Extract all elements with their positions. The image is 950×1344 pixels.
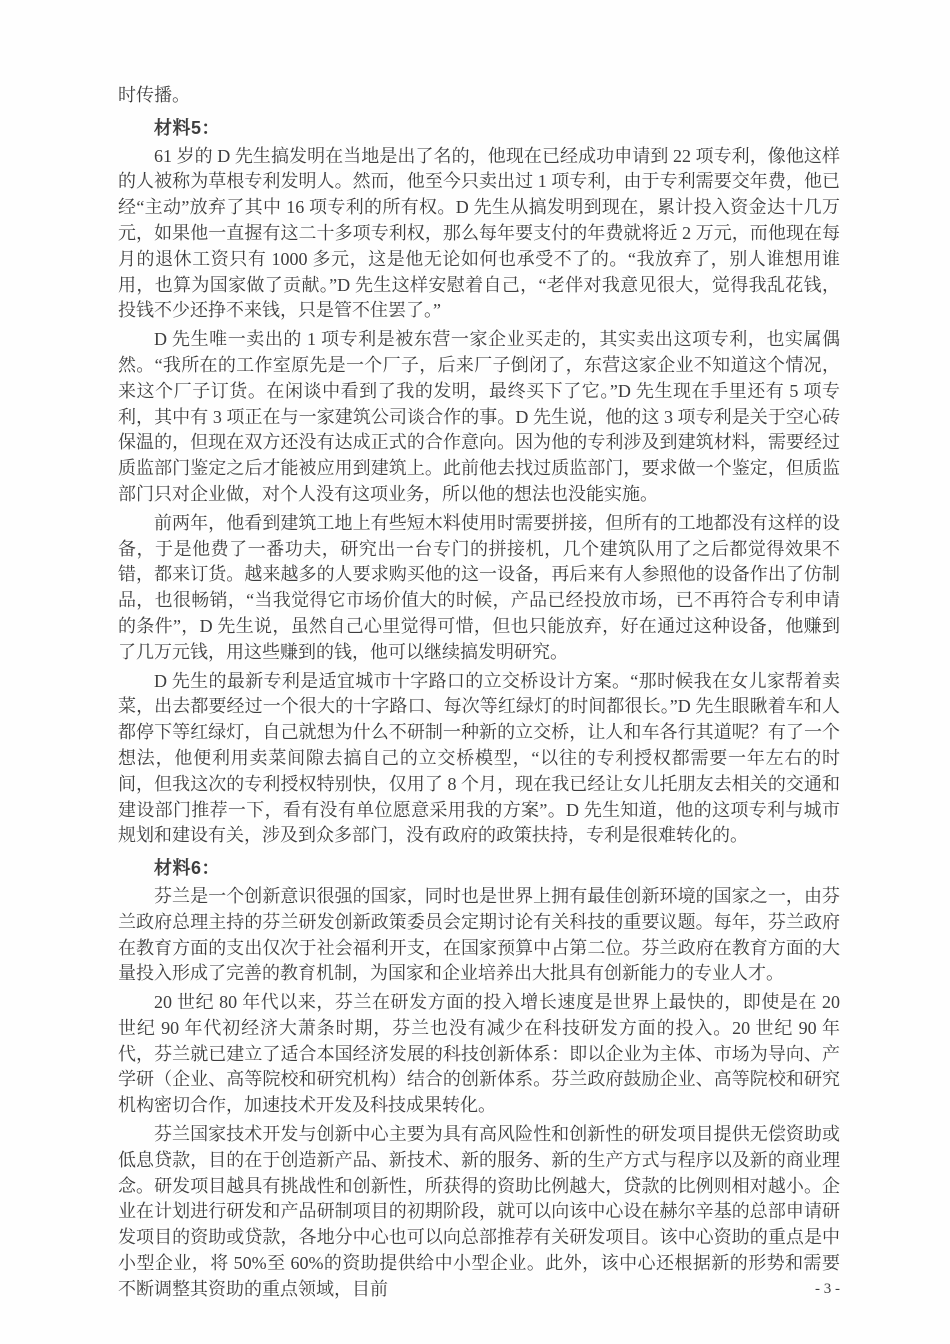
material-6-paragraph-1: 芬兰是一个创新意识很强的国家，同时也是世界上拥有最佳创新环境的国家之一，由芬兰政… — [118, 884, 840, 987]
material-5-paragraph-3: 前两年，他看到建筑工地上有些短木料使用时需要拼接，但所有的工地都没有这样的设备，… — [118, 511, 840, 666]
material-6-paragraph-3: 芬兰国家技术开发与创新中心主要为具有高风险性和创新性的研发项目提供无偿资助或低息… — [118, 1122, 840, 1303]
page-footer: - 3 - — [118, 1281, 840, 1298]
document-body: 时传播。 材料5： 61 岁的 D 先生搞发明在当地是出了名的，他现在已经成功申… — [118, 83, 840, 1303]
material-5-heading: 材料5： — [118, 116, 840, 142]
document-page: 时传播。 材料5： 61 岁的 D 先生搞发明在当地是出了名的，他现在已经成功申… — [0, 0, 950, 1344]
material-5-paragraph-2: D 先生唯一卖出的 1 项专利是被东营一家企业买走的，其实卖出这项专利，也实属偶… — [118, 327, 840, 508]
carryover-paragraph: 时传播。 — [118, 83, 840, 109]
material-5-paragraph-4: D 先生的最新专利是适宜城市十字路口的立交桥设计方案。“那时候我在女儿家帮着卖菜… — [118, 669, 840, 850]
page-number: - 3 - — [815, 1281, 840, 1297]
material-6-paragraph-2: 20 世纪 80 年代以来，芬兰在研发方面的投入增长速度是世界上最快的，即使是在… — [118, 990, 840, 1119]
material-5-paragraph-1: 61 岁的 D 先生搞发明在当地是出了名的，他现在已经成功申请到 22 项专利，… — [118, 144, 840, 325]
material-6-heading: 材料6： — [118, 856, 840, 882]
